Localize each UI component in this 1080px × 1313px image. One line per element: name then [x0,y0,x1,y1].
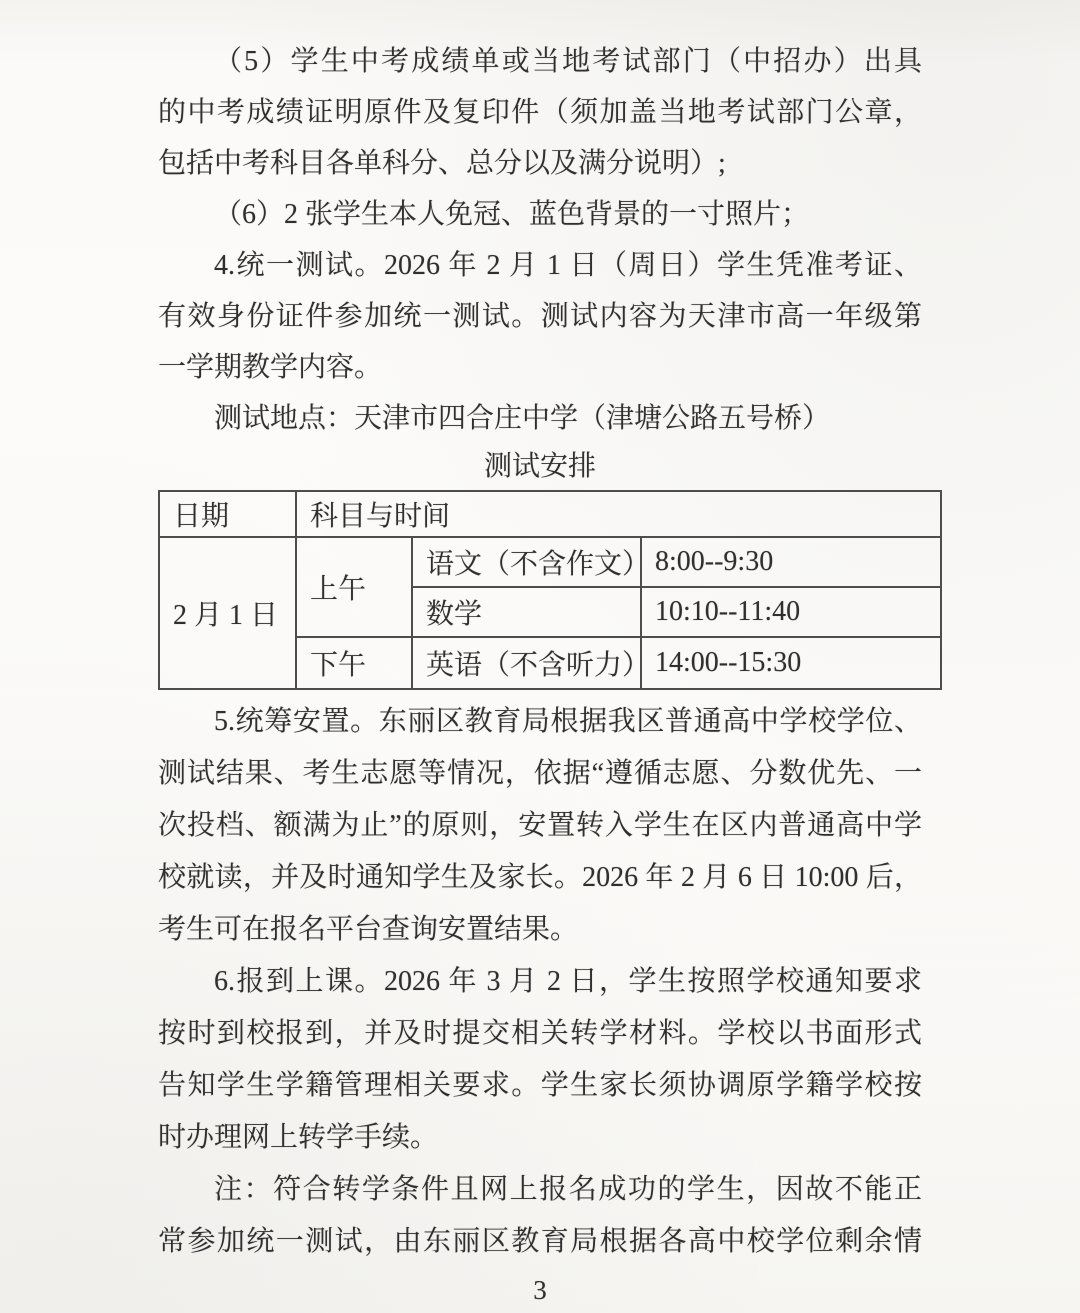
morning-cell: 上午 [296,537,412,637]
table-title: 测试安排 [158,444,922,490]
subject-cell: 语文（不含作文） [412,537,641,587]
time-cell: 14:00--15:30 [641,637,941,689]
doc-line: 有效身份证件参加统一测试。测试内容为天津市高一年级第 [158,291,922,342]
subject-cell: 英语（不含听力） [412,637,641,689]
doc-line: 测试结果、考生志愿等情况，依据“遵循志愿、分数优先、一 [158,748,922,800]
document-page: （5）学生中考成绩单或当地考试部门（中招办）出具 的中考成绩证明原件及复印件（须… [0,0,1080,1313]
doc-line: 注：符合转学条件且网上报名成功的学生，因故不能正 [158,1164,922,1216]
date-cell: 2 月 1 日 [159,537,296,689]
time-cell: 8:00--9:30 [641,537,941,587]
doc-line: 的中考成绩证明原件及复印件（须加盖当地考试部门公章， [158,87,922,138]
doc-line: （5）学生中考成绩单或当地考试部门（中招办）出具 [158,36,922,87]
subject-cell: 数学 [412,587,641,637]
table-header-date: 日期 [159,491,296,537]
doc-line: 按时到校报到，并及时提交相关转学材料。学校以书面形式 [158,1008,922,1060]
doc-line: 6.报到上课。2026 年 3 月 2 日，学生按照学校通知要求 [158,956,922,1008]
doc-line: 告知学生学籍管理相关要求。学生家长须协调原学籍学校按 [158,1060,922,1112]
doc-line: （6）2 张学生本人免冠、蓝色背景的一寸照片； [158,189,922,240]
document-content: （5）学生中考成绩单或当地考试部门（中招办）出具 的中考成绩证明原件及复印件（须… [0,0,1080,1310]
doc-line: 时办理网上转学手续。 [158,1112,922,1164]
test-schedule-table: 日期 科目与时间 2 月 1 日 上午 语文（不含作文） 8:00--9:30 … [158,490,942,690]
page-number: 3 [158,1270,922,1310]
table-header-subject-time: 科目与时间 [296,491,941,537]
doc-line: 包括中考科目各单科分、总分以及满分说明）; [158,138,922,189]
afternoon-cell: 下午 [296,637,412,689]
doc-line: 5.统筹安置。东丽区教育局根据我区普通高中学校学位、 [158,696,922,748]
table-row: 2 月 1 日 上午 语文（不含作文） 8:00--9:30 [159,537,941,587]
doc-line: 一学期教学内容。 [158,342,922,393]
doc-line: 4.统一测试。2026 年 2 月 1 日（周日）学生凭准考证、 [158,240,922,291]
doc-line: 校就读，并及时通知学生及家长。2026 年 2 月 6 日 10:00 后， [158,852,922,904]
doc-line: 测试地点：天津市四合庄中学（津塘公路五号桥） [158,393,922,444]
doc-line: 常参加统一测试，由东丽区教育局根据各高中校学位剩余情 [158,1216,922,1268]
time-cell: 10:10--11:40 [641,587,941,637]
table-header-row: 日期 科目与时间 [159,491,941,537]
doc-line: 考生可在报名平台查询安置结果。 [158,904,922,956]
doc-line: 次投档、额满为止”的原则，安置转入学生在区内普通高中学 [158,800,922,852]
